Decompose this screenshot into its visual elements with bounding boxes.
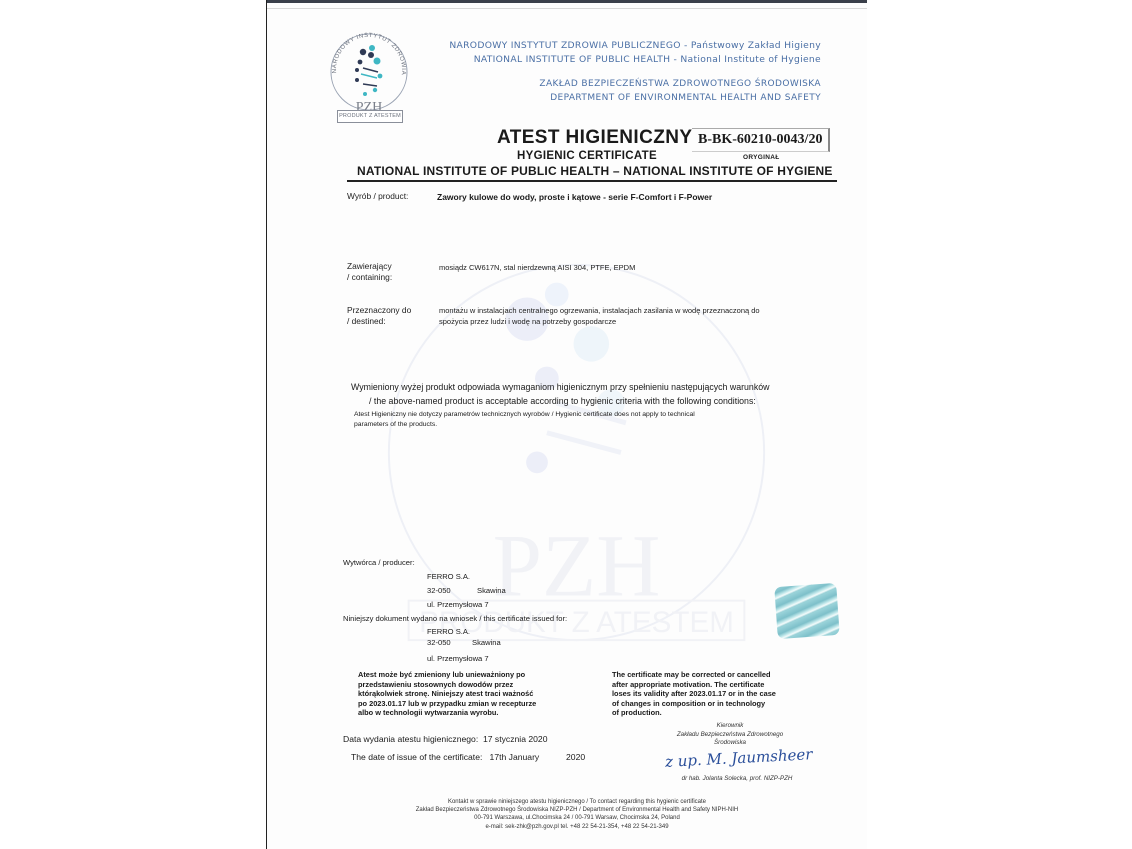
logo-badge: PRODUKT Z ATESTEM <box>337 110 403 123</box>
containing-label: Zawierający / containing: <box>347 261 392 283</box>
conditions-text-en: / the above-named product is acceptable … <box>369 395 756 408</box>
producer-label: Wytwórca / producer: <box>343 556 415 570</box>
document-title: ATEST HIGIENICZNY <box>497 127 692 149</box>
conditions-text-pl: Wymieniony wyżej produkt odpowiada wymag… <box>351 381 769 394</box>
department-name-pl: ZAKŁAD BEZPIECZEŃSTWA ZDROWOTNEGO ŚRODOW… <box>539 79 821 89</box>
title-rule <box>347 180 837 182</box>
producer-postal-code: 32-050 <box>427 584 451 598</box>
issue-date-value-pl: 17 stycznia 2020 <box>483 734 548 744</box>
signatory-name: dr hab. Jolanta Solecka, prof. NIZP-PZH <box>652 775 822 784</box>
producer-street: ul. Przemysłowa 7 <box>427 598 489 612</box>
issue-date-value-en: 17th January <box>490 752 540 762</box>
issue-date-label-pl: Data wydania atestu higienicznego: <box>343 734 478 744</box>
pzh-dna-icon: NARODOWY INSTYTUT ZDROWIA PUBLICZNEGO PZ… <box>325 30 413 114</box>
producer-city: Skawina <box>477 584 506 598</box>
issue-date-pl: Data wydania atestu higienicznego: 17 st… <box>343 734 547 744</box>
svg-text:PZH: PZH <box>493 518 661 616</box>
applicant-name: FERRO S.A. <box>427 626 470 637</box>
contact-footer: Kontakt w sprawie niniejszego atestu hig… <box>327 798 827 831</box>
destined-label: Przeznaczony do / destined: <box>347 305 411 327</box>
issue-date-en: The date of issue of the certificate: 17… <box>351 752 585 762</box>
producer-name: FERRO S.A. <box>427 570 470 584</box>
product-label: Wyrób / product: <box>347 191 408 202</box>
validity-notice-pl: Atest może być zmieniony lub unieważnion… <box>358 670 536 718</box>
destined-value: montażu w instalacjach centralnego ogrze… <box>439 305 760 327</box>
institute-name-pl: NARODOWY INSTYTUT ZDROWIA PUBLICZNEGO - … <box>449 40 821 51</box>
issue-date-year-en: 2020 <box>566 752 585 762</box>
validity-notice-en: The certificate may be corrected or canc… <box>612 670 776 718</box>
hologram-seal <box>774 583 839 639</box>
page-top-line <box>267 8 867 9</box>
containing-value: mosiądz CW617N, stal nierdzewną AISI 304… <box>439 262 635 273</box>
applicant-city: Skawina <box>472 637 501 648</box>
product-value: Zawory kulowe do wody, proste i kątowe -… <box>437 192 712 202</box>
applicant-postal-code: 32-050 <box>427 637 451 648</box>
document-subtitle: HYGIENIC CERTIFICATE <box>517 150 657 162</box>
handwritten-signature: z up. M. Jaumsheer <box>665 745 813 771</box>
signatory-title: Kierownik Zakładu Bezpieczeństwa Zdrowot… <box>645 722 815 748</box>
pzh-logo: NARODOWY INSTYTUT ZDROWIA PUBLICZNEGO PZ… <box>325 30 413 122</box>
certificate-number: B-BK-60210-0043/20 <box>692 128 830 152</box>
conditions-note: Atest Higieniczny nie dotyczy parametrów… <box>354 410 695 429</box>
applicant-label: Niniejszy dokument wydano na wniosek / t… <box>343 612 567 626</box>
original-label: ORYGINAŁ <box>743 154 779 161</box>
issue-date-label-en: The date of issue of the certificate: <box>351 752 482 762</box>
page-top-edge <box>267 0 867 3</box>
certificate-page: PZH PRODUKT Z ATESTEM NARODOWY INSTYTUT … <box>266 0 867 849</box>
department-name-en: DEPARTMENT OF ENVIRONMENTAL HEALTH AND S… <box>550 93 821 103</box>
institute-line: NATIONAL INSTITUTE OF PUBLIC HEALTH – NA… <box>357 164 833 178</box>
institute-name-en: NATIONAL INSTITUTE OF PUBLIC HEALTH - Na… <box>474 54 821 65</box>
applicant-street: ul. Przemysłowa 7 <box>427 652 489 666</box>
